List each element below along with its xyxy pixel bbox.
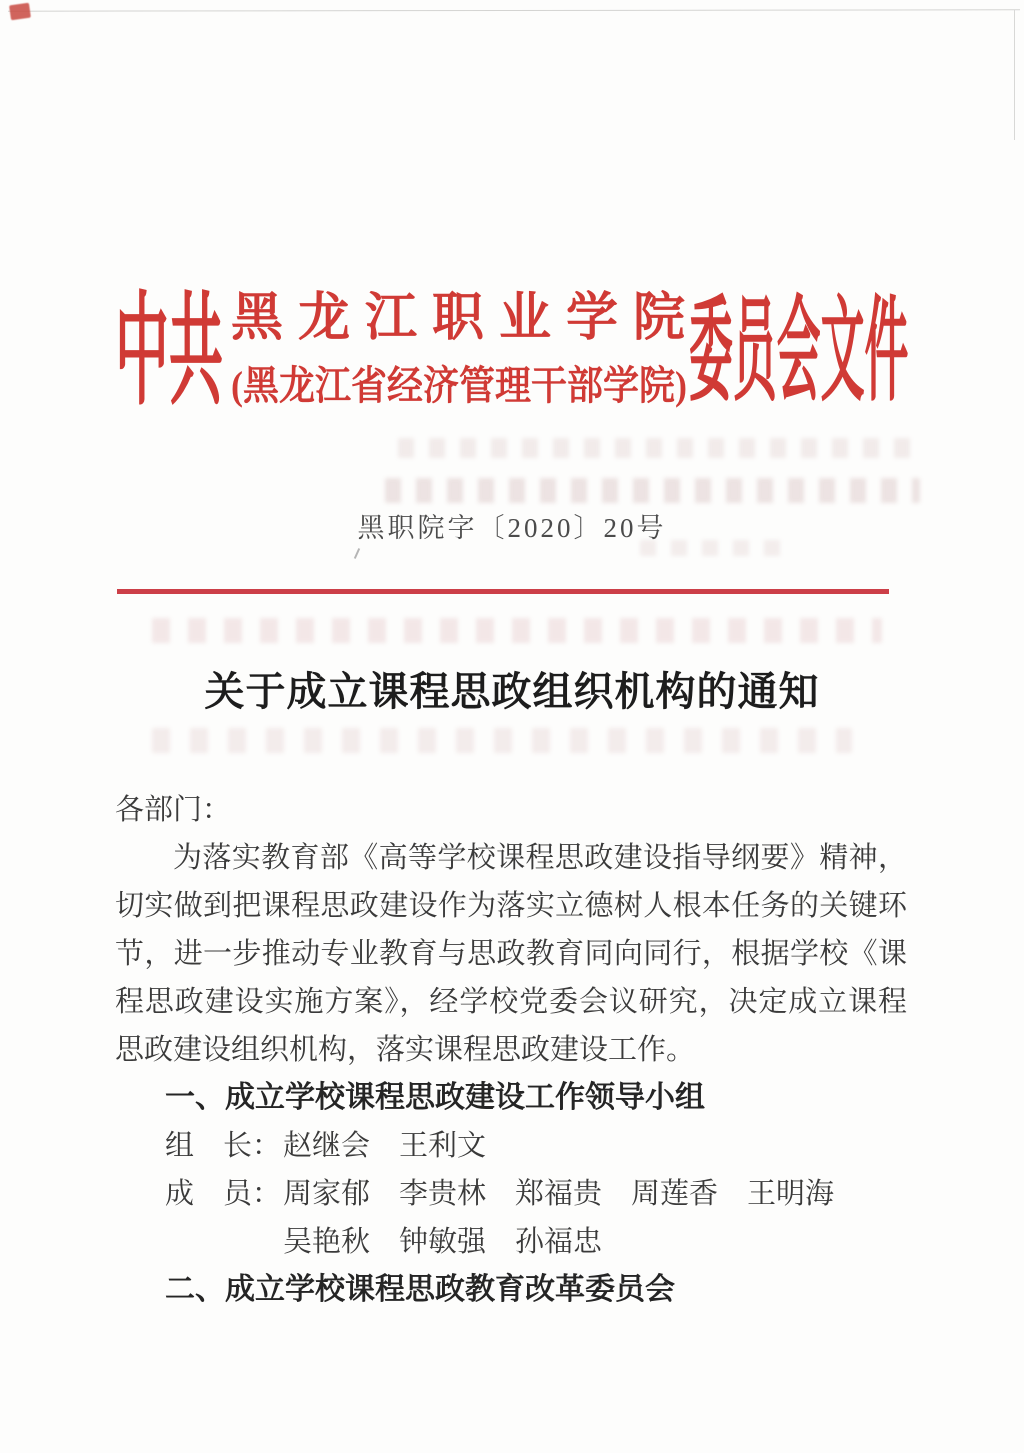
stray-pen-mark <box>354 548 360 559</box>
member-names-line2: 吴艳秋 钟敏强 孙福忠 <box>283 1226 602 1258</box>
org-name-alt: (黑龙江省经济管理干部学院) <box>231 358 640 414</box>
body-paragraph: 为落实教育部《高等学校课程思政建设指导纲要》精神，切实做到把课程思政建设作为落实… <box>115 834 907 1074</box>
document-body: 各部门： 为落实教育部《高等学校课程思政建设指导纲要》精神，切实做到把课程思政建… <box>115 786 907 1314</box>
scan-edge-artifact-right <box>1014 10 1015 140</box>
salutation: 各部门： <box>115 786 907 834</box>
scan-edge-artifact-top <box>8 9 1020 11</box>
leader-row: 组 长：赵继会 王利文 <box>165 1122 907 1170</box>
red-ink-mark <box>9 3 31 21</box>
document-page: 中共 黑龙江职业学院 (黑龙江省经济管理干部学院) 委员会文件 黑职院字〔202… <box>0 0 1024 1453</box>
bleed-through-artifact <box>385 478 920 503</box>
letterhead-right: 委员会文件 <box>689 290 903 414</box>
party-prefix-text: 中共 <box>115 289 223 415</box>
org-name-main: 黑龙江职业学院 <box>231 290 685 348</box>
leader-label: 组 长： <box>165 1122 283 1170</box>
member-row: 成 员：周家郁 李贵林 郑福贵 周莲香 王明海 <box>165 1170 907 1218</box>
bleed-through-artifact <box>398 438 913 458</box>
section-2-heading: 二、成立学校课程思政教育改革委员会 <box>165 1266 907 1314</box>
member-names-line1: 周家郁 李贵林 郑福贵 周莲香 王明海 <box>283 1178 834 1210</box>
document-title: 关于成立课程思政组织机构的通知 <box>0 660 1024 717</box>
red-divider-line <box>117 589 889 594</box>
document-number: 黑职院字〔2020〕20号 <box>0 506 1024 545</box>
letterhead-suffix-text: 委员会文件 <box>689 290 908 414</box>
bleed-through-artifact <box>152 728 852 753</box>
leader-names: 赵继会 王利文 <box>283 1130 486 1162</box>
letterhead: 中共 黑龙江职业学院 (黑龙江省经济管理干部学院) 委员会文件 <box>115 290 903 414</box>
section-1-heading: 一、成立学校课程思政建设工作领导小组 <box>165 1074 907 1122</box>
bleed-through-artifact <box>152 618 882 643</box>
member-label: 成 员： <box>165 1170 283 1218</box>
letterhead-left: 中共 <box>115 290 227 414</box>
member-row-continuation: 吴艳秋 钟敏强 孙福忠 <box>283 1218 907 1266</box>
letterhead-middle: 黑龙江职业学院 (黑龙江省经济管理干部学院) <box>227 290 689 414</box>
